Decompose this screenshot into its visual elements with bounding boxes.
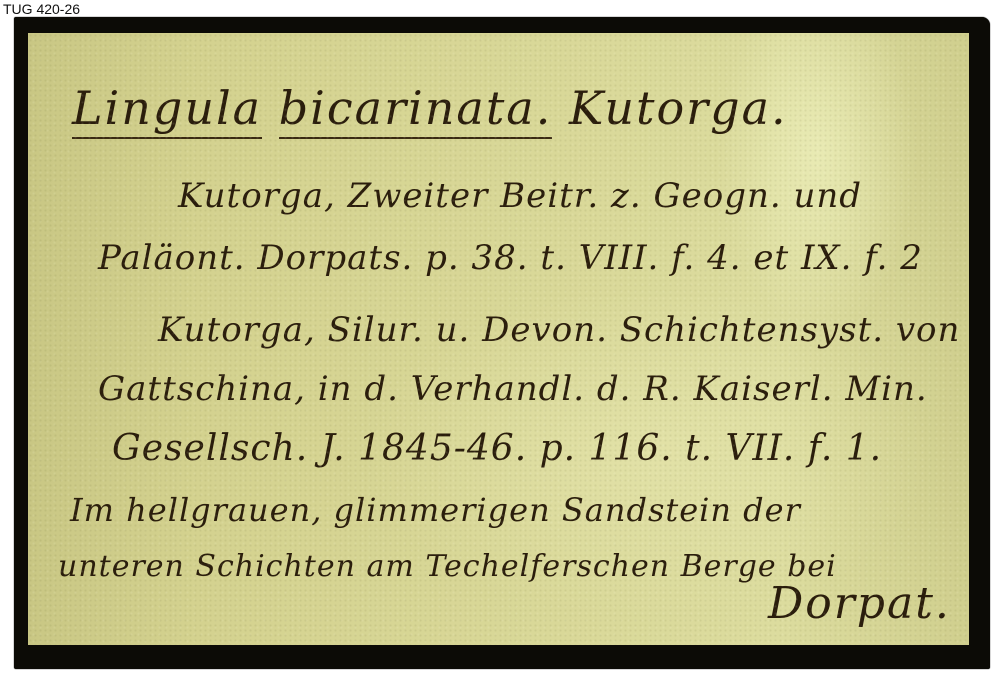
locality-line-2: unteren Schichten am Techelferschen Berg… bbox=[58, 549, 837, 584]
specimen-label-scan: TUG 420-26 Lingula bicarinata. Kutorga. … bbox=[0, 0, 1000, 676]
label-frame: Lingula bicarinata. Kutorga. Kutorga, Zw… bbox=[14, 17, 990, 669]
reference-2-line-1: Kutorga, Silur. u. Devon. Schichtensyst.… bbox=[158, 310, 960, 350]
reference-1-line-2: Paläont. Dorpats. p. 38. t. VIII. f. 4. … bbox=[98, 238, 923, 278]
locality-line-1: Im hellgrauen, glimmerigen Sandstein der bbox=[70, 491, 801, 529]
reference-2-line-3: Gesellsch. J. 1845-46. p. 116. t. VII. f… bbox=[112, 428, 882, 469]
locality-place: Dorpat. bbox=[768, 578, 951, 629]
reference-1-line-1: Kutorga, Zweiter Beitr. z. Geogn. und bbox=[178, 176, 862, 216]
catalog-id: TUG 420-26 bbox=[3, 0, 80, 18]
taxon-title: Lingula bicarinata. Kutorga. bbox=[72, 81, 788, 135]
reference-2-line-2: Gattschina, in d. Verhandl. d. R. Kaiser… bbox=[98, 369, 928, 409]
taxon-species: bicarinata. bbox=[279, 81, 553, 139]
taxon-genus: Lingula bbox=[72, 81, 262, 139]
taxon-author: Kutorga. bbox=[569, 81, 788, 135]
label-paper: Lingula bicarinata. Kutorga. Kutorga, Zw… bbox=[28, 33, 969, 645]
